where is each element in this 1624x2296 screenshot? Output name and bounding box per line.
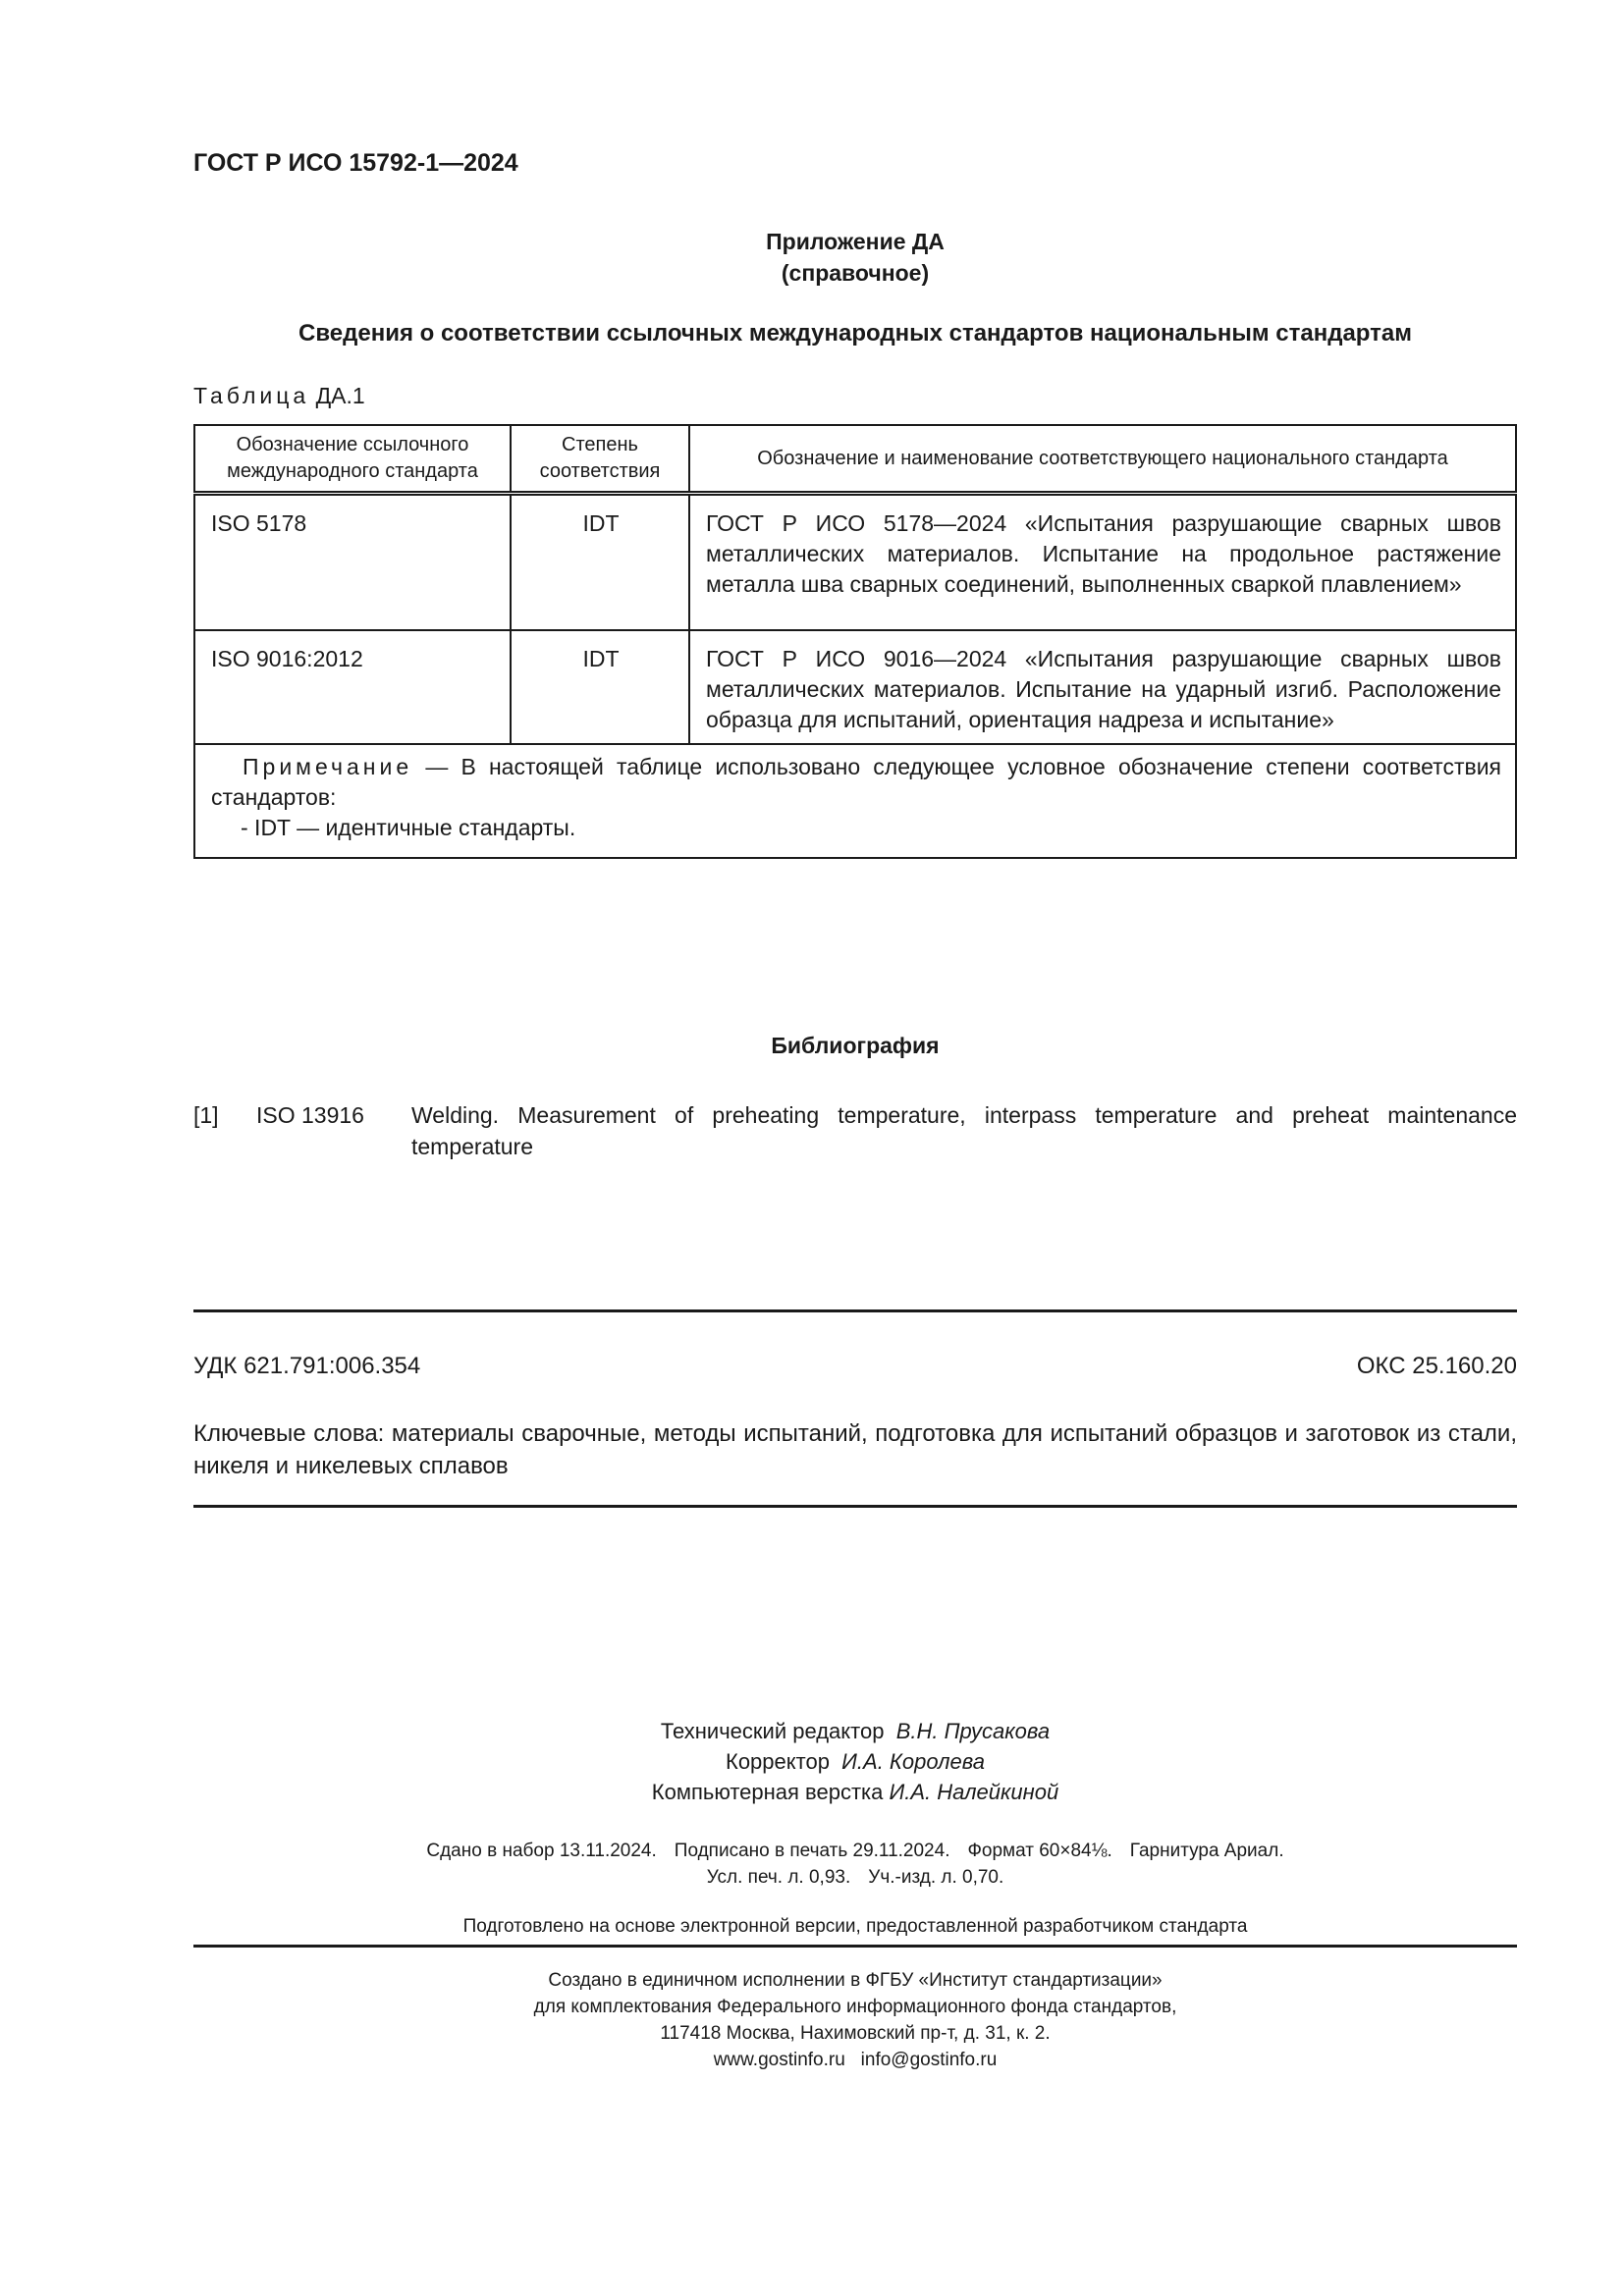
publisher-line: для комплектования Федерального информац… bbox=[193, 1994, 1517, 2020]
credit-name: В.Н. Прусакова bbox=[896, 1719, 1050, 1743]
credit-line: Компьютерная верстка И.А. Налейкиной bbox=[193, 1777, 1517, 1807]
table-row: ISO 5178 IDT ГОСТ Р ИСО 5178—2024 «Испыт… bbox=[194, 494, 1516, 631]
document-code: ГОСТ Р ИСО 15792-1—2024 bbox=[193, 149, 518, 178]
header-intl-standard: Обозначение ссылочного международного ст… bbox=[194, 425, 511, 494]
credits: Технический редактор В.Н. Прусакова Корр… bbox=[193, 1716, 1517, 1807]
annex-title: Приложение ДА bbox=[193, 226, 1517, 257]
credit-line: Корректор И.А. Королева bbox=[193, 1746, 1517, 1777]
credit-name: И.А. Налейкиной bbox=[890, 1780, 1059, 1804]
cell-national-standard: ГОСТ Р ИСО 5178—2024 «Испытания разрушаю… bbox=[689, 494, 1516, 631]
divider-rule bbox=[193, 1309, 1517, 1312]
print-info-line: Усл. печ. л. 0,93.Уч.-изд. л. 0,70. bbox=[193, 1864, 1517, 1891]
bibliography-text: Welding. Measurement of preheating tempe… bbox=[411, 1099, 1517, 1162]
note-list-item: - IDT — идентичные стандарты. bbox=[211, 813, 1501, 843]
credit-line: Технический редактор В.Н. Прусакова bbox=[193, 1716, 1517, 1746]
table-row: ISO 9016:2012 IDT ГОСТ Р ИСО 9016—2024 «… bbox=[194, 630, 1516, 744]
website-link[interactable]: www.gostinfo.ru bbox=[714, 2050, 845, 2070]
publisher-info: Создано в единичном исполнении в ФГБУ «И… bbox=[193, 1967, 1517, 2073]
bibliography-code: ISO 13916 bbox=[256, 1099, 364, 1131]
divider-rule bbox=[193, 1505, 1517, 1508]
cell-degree: IDT bbox=[511, 630, 689, 744]
email-link[interactable]: info@gostinfo.ru bbox=[861, 2050, 998, 2070]
annex-heading: Приложение ДА (справочное) bbox=[193, 226, 1517, 289]
cell-intl-standard: ISO 5178 bbox=[194, 494, 511, 631]
oks-code: ОКС 25.160.20 bbox=[1357, 1353, 1517, 1380]
table-caption: Таблица ДА.1 bbox=[193, 383, 365, 409]
correspondence-table: Обозначение ссылочного международного ст… bbox=[193, 424, 1517, 859]
cell-national-standard: ГОСТ Р ИСО 9016—2024 «Испытания разрушаю… bbox=[689, 630, 1516, 744]
prepared-note: Подготовлено на основе электронной верси… bbox=[193, 1916, 1517, 1938]
print-info-line: Сдано в набор 13.11.2024.Подписано в печ… bbox=[193, 1838, 1517, 1864]
bibliography-number: [1] bbox=[193, 1099, 219, 1131]
publisher-contacts: www.gostinfo.ru info@gostinfo.ru bbox=[193, 2047, 1517, 2073]
table-caption-number: ДА.1 bbox=[316, 383, 365, 408]
header-national-standard: Обозначение и наименование соответствующ… bbox=[689, 425, 1516, 494]
publisher-line: Создано в единичном исполнении в ФГБУ «И… bbox=[193, 1967, 1517, 1994]
credit-name: И.А. Королева bbox=[841, 1749, 985, 1774]
table-header-row: Обозначение ссылочного международного ст… bbox=[194, 425, 1516, 494]
publisher-line: 117418 Москва, Нахимовский пр-т, д. 31, … bbox=[193, 2020, 1517, 2047]
table-note: Примечание — В настоящей таблице использ… bbox=[194, 744, 1516, 858]
table-note-row: Примечание — В настоящей таблице использ… bbox=[194, 744, 1516, 858]
bibliography-title: Библиография bbox=[193, 1033, 1517, 1059]
header-degree: Степень соответствия bbox=[511, 425, 689, 494]
section-title: Сведения о соответствии ссылочных междун… bbox=[193, 320, 1517, 347]
annex-subtitle: (справочное) bbox=[193, 257, 1517, 289]
note-label: Примечание bbox=[243, 754, 412, 779]
table-caption-word: Таблица bbox=[193, 383, 309, 408]
cell-degree: IDT bbox=[511, 494, 689, 631]
divider-rule bbox=[193, 1945, 1517, 1948]
cell-intl-standard: ISO 9016:2012 bbox=[194, 630, 511, 744]
print-info: Сдано в набор 13.11.2024.Подписано в печ… bbox=[193, 1838, 1517, 1891]
keywords: Ключевые слова: материалы сварочные, мет… bbox=[193, 1417, 1517, 1482]
udk-code: УДК 621.791:006.354 bbox=[193, 1353, 420, 1380]
